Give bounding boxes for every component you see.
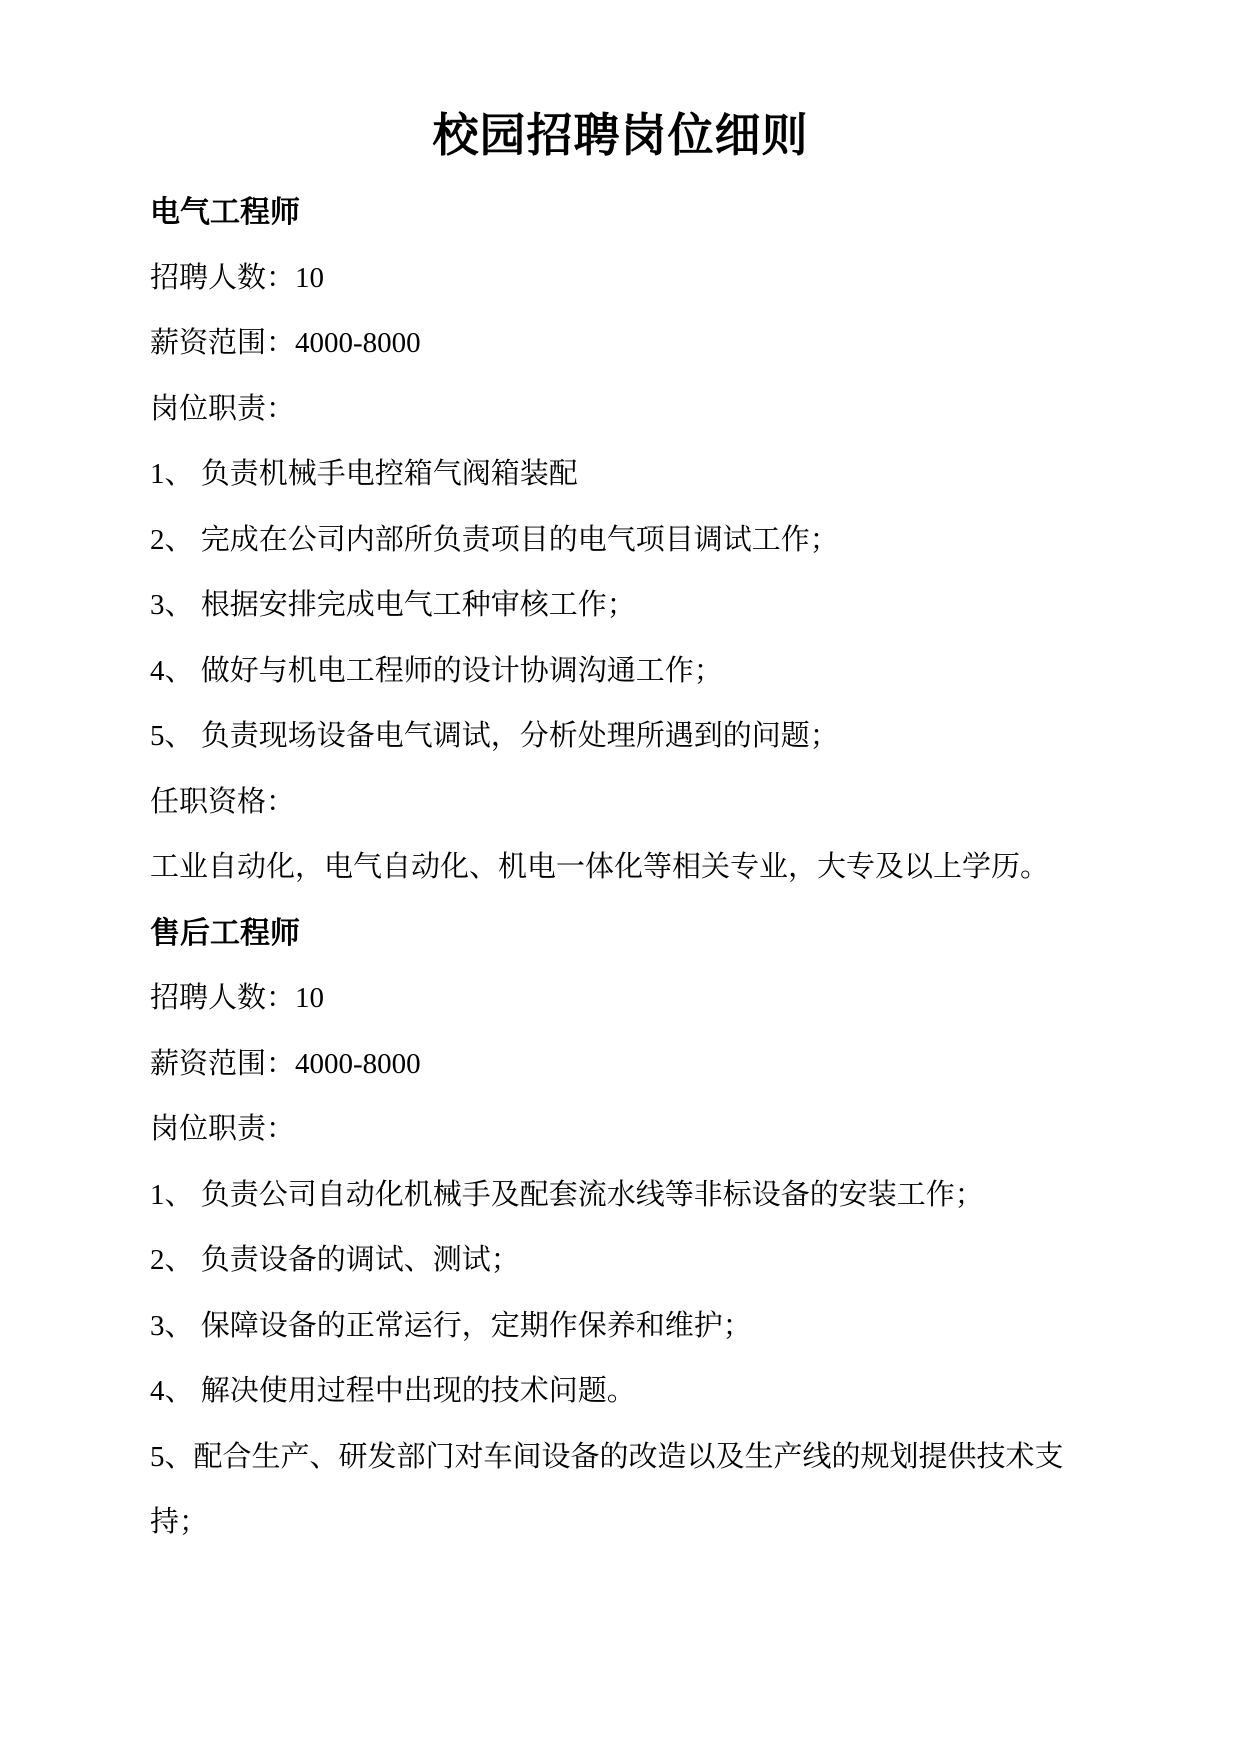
duties-label-line: 岗位职责： <box>150 377 1085 443</box>
duty-item-line: 1、 负责公司自动化机械手及配套流水线等非标设备的安装工作； <box>150 1163 1085 1229</box>
duty-item-line: 3、 根据安排完成电气工种审核工作； <box>150 573 1085 639</box>
salary-range-line: 薪资范围：4000-8000 <box>150 311 1085 377</box>
duty-item-line: 2、 负责设备的调试、测试； <box>150 1228 1085 1294</box>
qualification-line: 工业自动化，电气自动化、机电一体化等相关专业，大专及以上学历。 <box>150 835 1085 901</box>
duties-label-line: 岗位职责： <box>150 1097 1085 1163</box>
duty-item-line: 4、 做好与机电工程师的设计协调沟通工作； <box>150 639 1085 705</box>
salary-range-line: 薪资范围：4000-8000 <box>150 1032 1085 1098</box>
qualifications-label-line: 任职资格： <box>150 770 1085 836</box>
duty-item-line: 2、 完成在公司内部所负责项目的电气项目调试工作； <box>150 508 1085 574</box>
duty-item-line: 5、 负责现场设备电气调试，分析处理所遇到的问题； <box>150 704 1085 770</box>
duty-item-line: 1、 负责机械手电控箱气阀箱装配 <box>150 442 1085 508</box>
document-title: 校园招聘岗位细则 <box>150 104 1091 168</box>
job-title-heading: 电气工程师 <box>150 180 1091 246</box>
duty-item-line: 3、 保障设备的正常运行，定期作保养和维护； <box>150 1294 1085 1360</box>
job-title-heading: 售后工程师 <box>150 901 1091 967</box>
job-section-after-sales-engineer: 售后工程师 招聘人数：10 薪资范围：4000-8000 岗位职责： 1、 负责… <box>150 901 1091 1556</box>
duty-item-line: 5、配合生产、研发部门对车间设备的改造以及生产线的规划提供技术支持； <box>150 1425 1085 1556</box>
document-page: 校园招聘岗位细则 电气工程师 招聘人数：10 薪资范围：4000-8000 岗位… <box>0 0 1241 1754</box>
duty-item-line: 4、 解决使用过程中出现的技术问题。 <box>150 1359 1085 1425</box>
recruit-count-line: 招聘人数：10 <box>150 246 1085 312</box>
recruit-count-line: 招聘人数：10 <box>150 966 1085 1032</box>
job-section-electrical-engineer: 电气工程师 招聘人数：10 薪资范围：4000-8000 岗位职责： 1、 负责… <box>150 180 1091 901</box>
